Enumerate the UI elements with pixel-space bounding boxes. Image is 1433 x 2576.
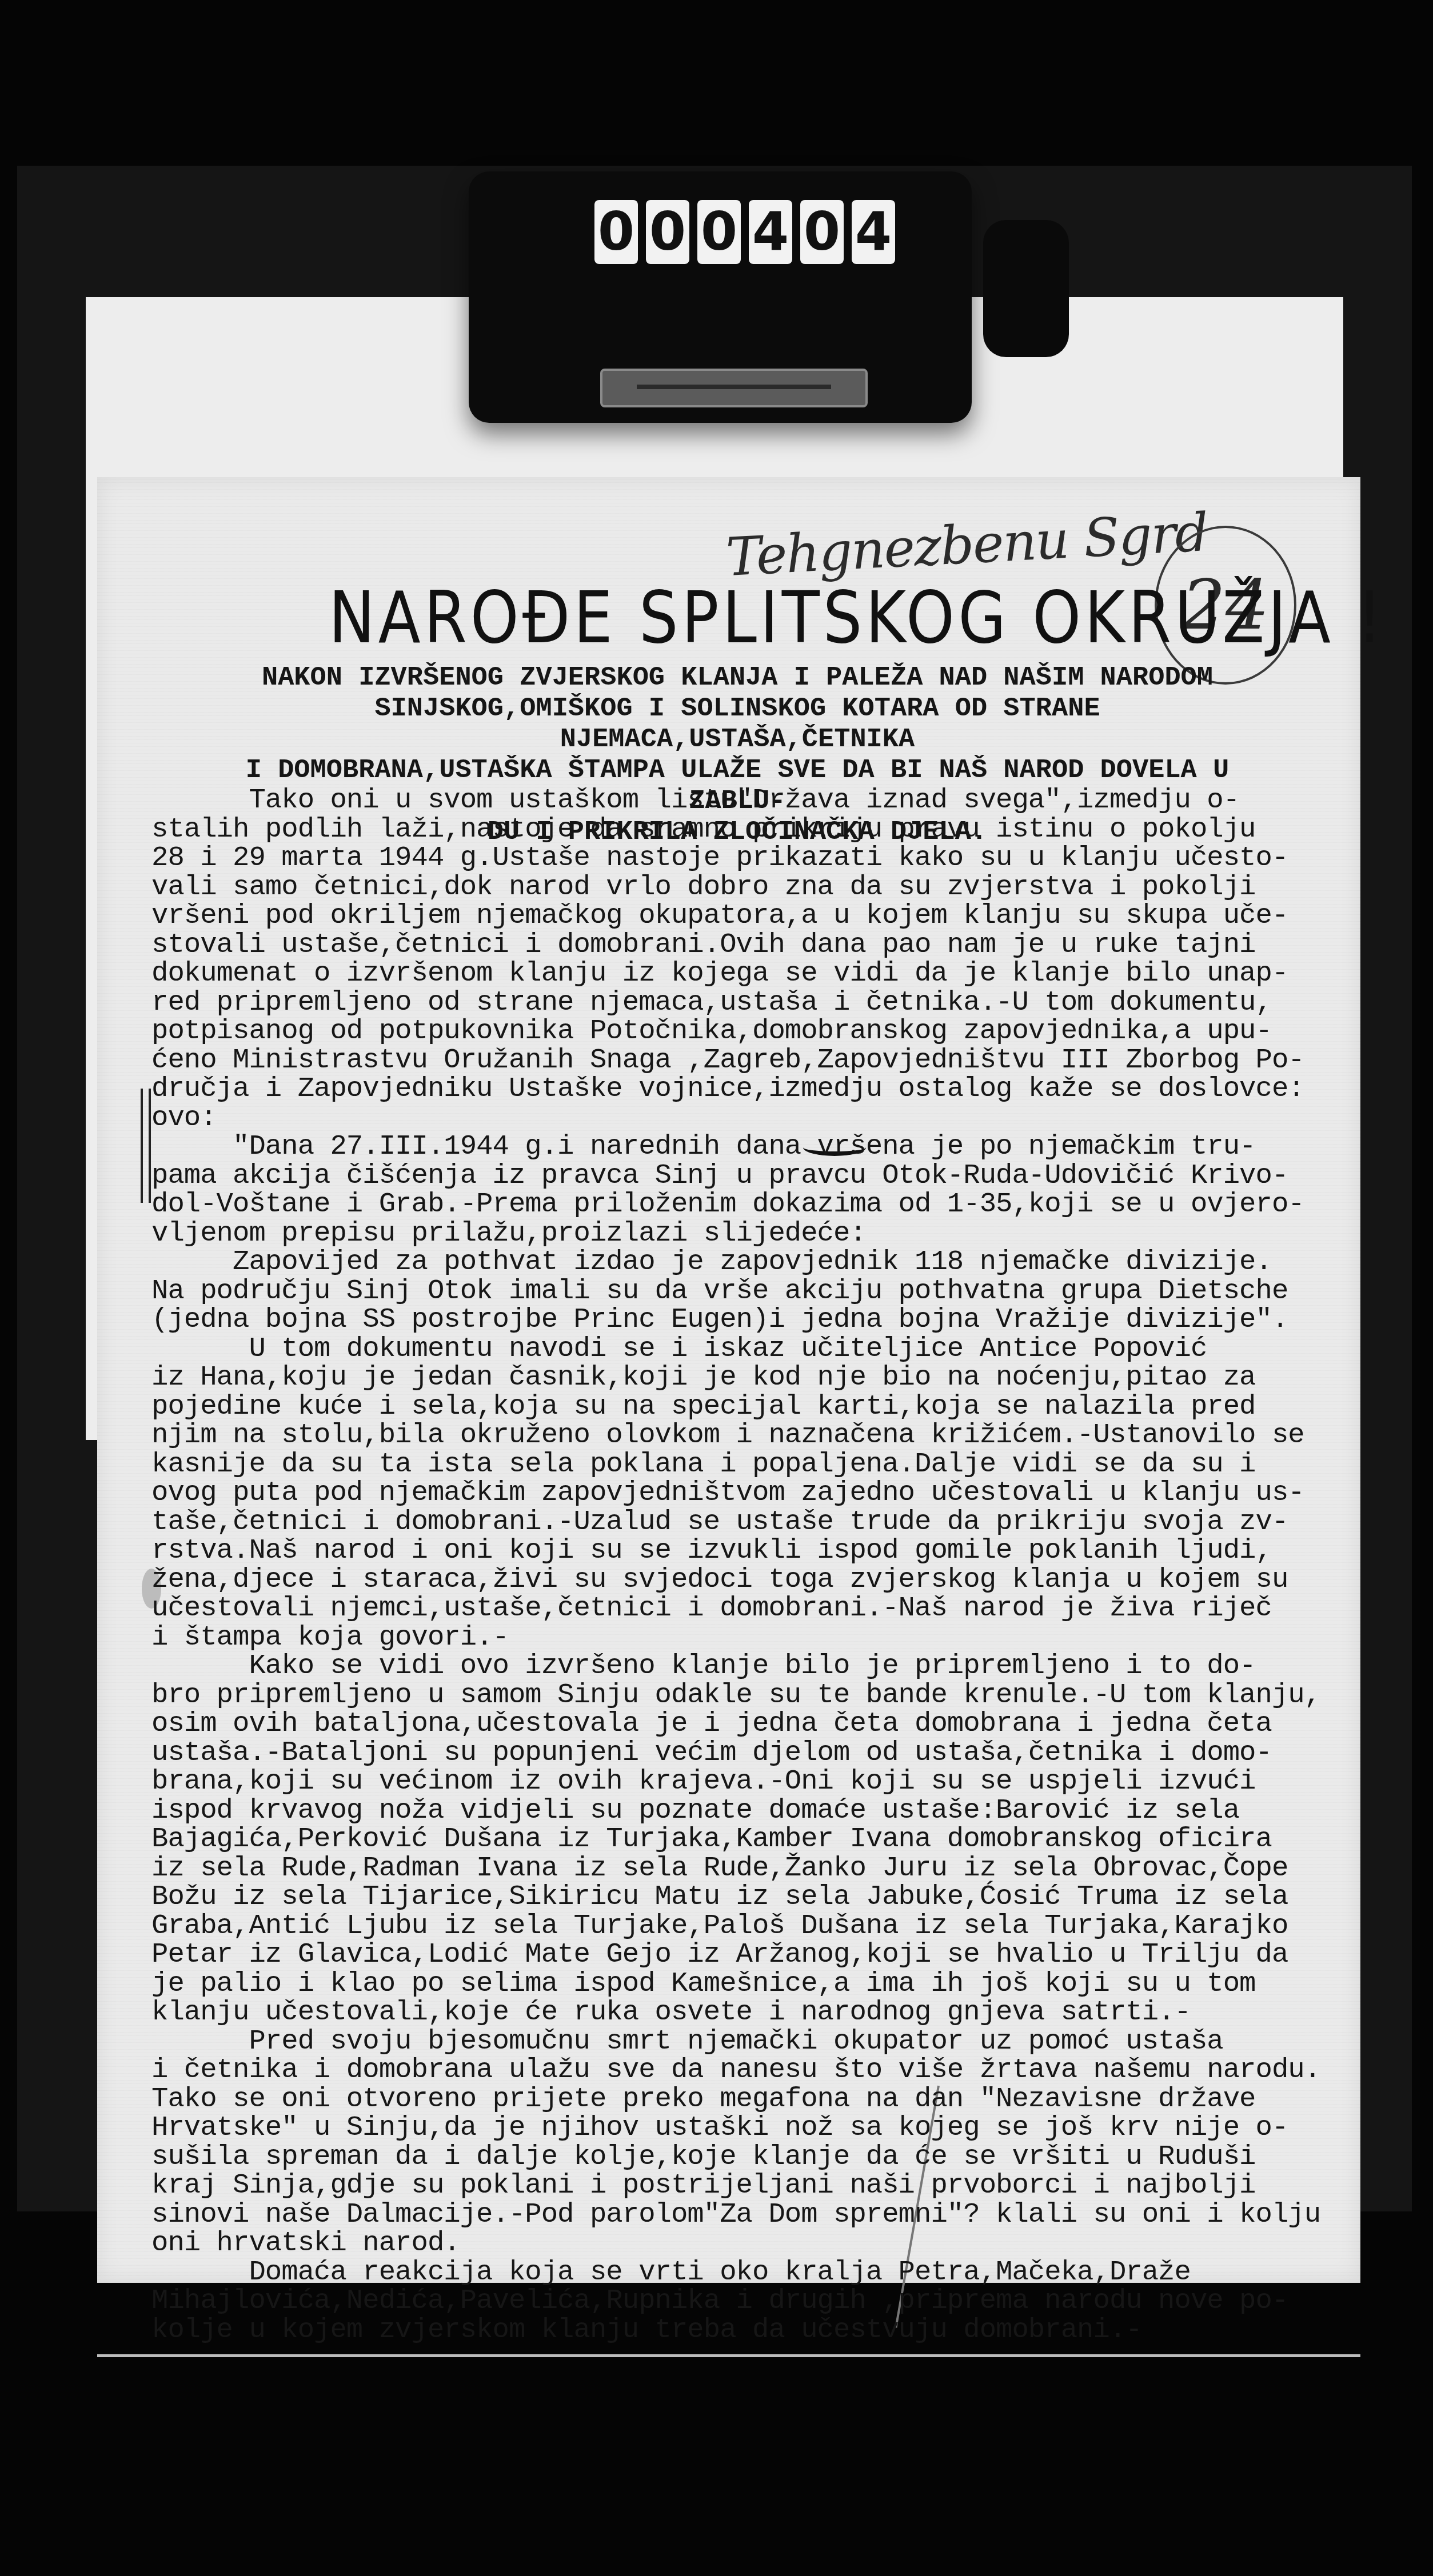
paper-tear-edge [97,2354,1360,2357]
body-line: ovo: [151,1103,1329,1133]
body-line: Božu iz sela Tijarice,Sikiricu Matu iz s… [151,1882,1329,1911]
body-line: taše,četnici i domobrani.-Uzalud se usta… [151,1507,1329,1537]
body-line: stalih podlih laži,nastoje da sramno pri… [151,815,1329,844]
body-line: Graba,Antić Ljubu iz sela Turjake,Paloš … [151,1911,1329,1941]
body-line: stovali ustaše,četnici i domobrani.Ovih … [151,930,1329,959]
body-line: bro pripremljeno u samom Sinju odakle su… [151,1681,1329,1710]
body-line: Zapovijed za pothvat izdao je zapovjedni… [151,1247,1329,1277]
body-line: sinovi naše Dalmacije.-Pod parolom"Za Do… [151,2200,1329,2229]
body-line: vljenom prepisu prilažu,proizlazi slijed… [151,1219,1329,1248]
body-line: ispod krvavog noža vidjeli su poznate do… [151,1796,1329,1825]
body-line: 28 i 29 marta 1944 g.Ustaše nastoje prik… [151,843,1329,873]
body-line: Kako se vidi ovo izvršeno klanje bilo je… [151,1651,1329,1681]
body-line: potpisanog od potpukovnika Potočnika,dom… [151,1017,1329,1046]
body-line: kasnije da su ta ista sela poklana i pop… [151,1450,1329,1479]
body-line: dručja i Zapovjedniku Ustaške vojnice,iz… [151,1074,1329,1103]
body-line: (jedna bojna SS postrojbe Princ Eugen)i … [151,1305,1329,1334]
body-line: kraj Sinja,gdje su poklani i postrijelja… [151,2171,1329,2200]
body-line: i štampa koja govori.- [151,1623,1329,1652]
body-line: je palio i klao po selima ispod Kamešnic… [151,1969,1329,1998]
body-line: U tom dokumentu navodi se i iskaz učitel… [151,1334,1329,1363]
body-line: rstva.Naš narod i oni koji su se izvukli… [151,1536,1329,1565]
body-line: Hrvatske" u Sinju,da je njihov ustaški n… [151,2113,1329,2142]
counter-digit: 0 [800,200,844,264]
body-line: vali samo četnici,dok narod vrlo dobro z… [151,873,1329,902]
body-line: Na području Sinj Otok imali su da vrše a… [151,1277,1329,1306]
counter-digit: 0 [594,200,638,264]
body-line: pojedine kuće i sela,koja su na specijal… [151,1392,1329,1421]
counter-nameplate [600,369,868,407]
counter-digit: 4 [852,200,895,264]
body-line: njim na stolu,bila okruženo olovkom i na… [151,1421,1329,1450]
body-line: red pripremljeno od strane njemaca,ustaš… [151,988,1329,1017]
body-line: ovog puta pod njemačkim zapovjedništvom … [151,1478,1329,1507]
body-line: klanju učestovali,koje će ruka osvete i … [151,1998,1329,2027]
body-line: Tako oni u svom ustaškom listu"Država iz… [151,786,1329,815]
body-line: i četnika i domobrana ulažu sve da nanes… [151,2055,1329,2085]
counter-digit: 4 [749,200,792,264]
body-line: vršeni pod okriljem njemačkog okupatora,… [151,901,1329,930]
margin-marking [141,1089,151,1203]
counter-digit: 0 [646,200,689,264]
body-line: dol-Voštane i Grab.-Prema priloženim dok… [151,1190,1329,1219]
body-line: Pred svoju bjesomučnu smrt njemački okup… [151,2027,1329,2056]
body-line: iz sela Rude,Radman Ivana iz sela Rude,Ž… [151,1854,1329,1883]
document-body: Tako oni u svom ustaškom listu"Država iz… [151,786,1329,2344]
body-line: "Dana 27.III.1944 g.i narednih dana vrše… [151,1132,1329,1161]
body-line: dokumenat o izvršenom klanju iz kojega s… [151,959,1329,988]
body-line: kolje u kojem zvjerskom klanju treba da … [151,2315,1329,2345]
body-line: Mihajlovića,Nedića,Pavelića,Rupnika i dr… [151,2286,1329,2315]
counter-knob [983,220,1069,357]
document-title: NAROĐE SPLITSKOG OKRUŽJA ! [329,578,1386,660]
body-line: Petar iz Glavica,Lodić Mate Gejo iz Arža… [151,1940,1329,1969]
body-line: Domaća reakcija koja se vrti oko kralja … [151,2258,1329,2287]
subheading-line: NAKON IZVRŠENOG ZVJERSKOG KLANJA I PALEŽ… [217,663,1258,694]
body-line: osim ovih bataljona,učestovala je i jedn… [151,1709,1329,1738]
frame-counter-digits: 0 0 0 4 0 4 [594,200,895,264]
body-line: Tako se oni otvoreno prijete preko megaf… [151,2085,1329,2114]
body-line: Bajagića,Perković Dušana iz Turjaka,Kamb… [151,1825,1329,1854]
body-line: ustaša.-Bataljoni su popunjeni većim dje… [151,1738,1329,1767]
counter-digit: 0 [697,200,741,264]
body-line: oni hrvatski narod. [151,2229,1329,2258]
body-line: ćeno Ministrastvu Oružanih Snaga ,Zagreb… [151,1046,1329,1075]
subheading-line: SINJSKOG,OMIŠKOG I SOLINSKOG KOTARA OD S… [217,694,1258,755]
body-line: učestovali njemci,ustaše,četnici i domob… [151,1594,1329,1623]
body-line: brana,koji su većinom iz ovih krajeva.-O… [151,1767,1329,1796]
body-line: pama akcija čišćenja iz pravca Sinj u pr… [151,1161,1329,1190]
body-line: žena,djece i staraca,živi su svjedoci to… [151,1565,1329,1594]
body-line: iz Hana,koju je jedan časnik,koji je kod… [151,1363,1329,1392]
body-line: sušila spreman da i dalje kolje,koje kla… [151,2142,1329,2171]
